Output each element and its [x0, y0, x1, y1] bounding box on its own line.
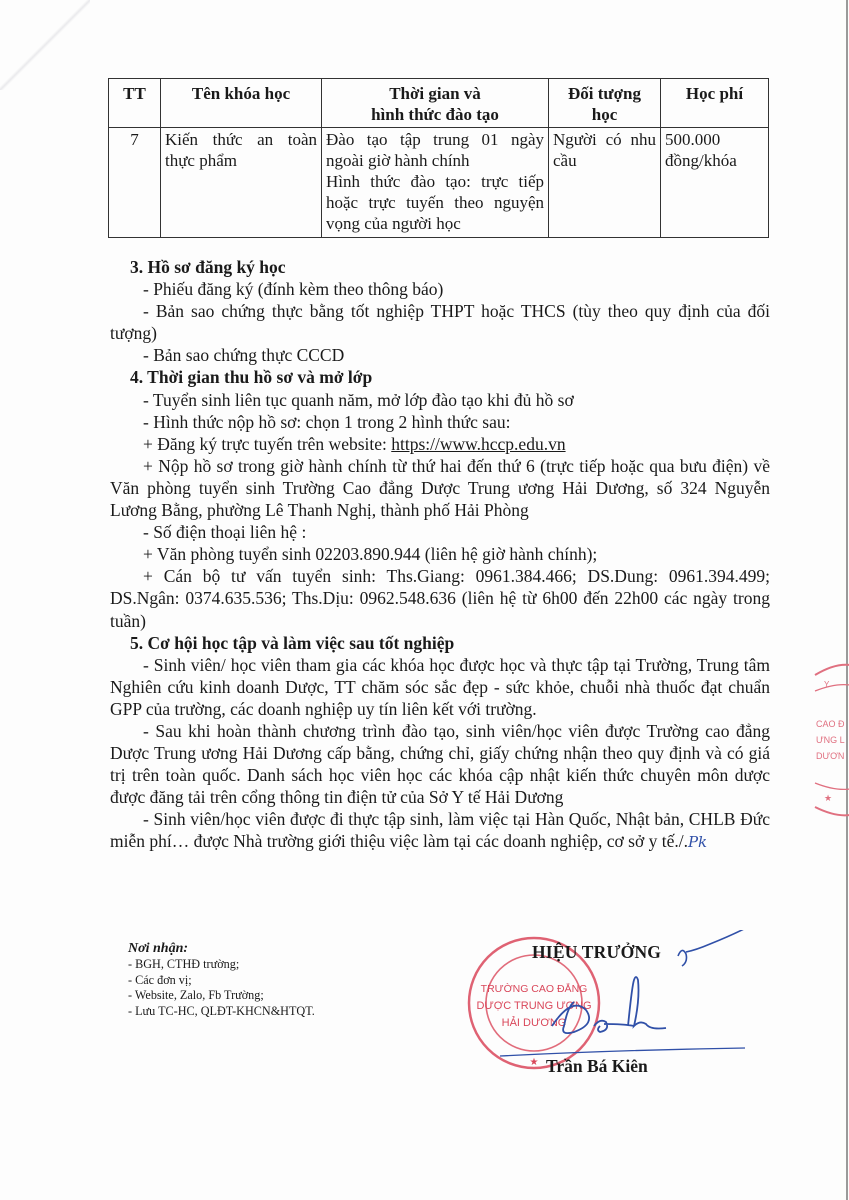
svg-text:ƯNG L: ƯNG L — [816, 735, 845, 745]
section-4-online: + Đăng ký trực tuyến trên website: https… — [110, 433, 770, 455]
recipient-item: - Các đơn vị; — [128, 973, 315, 989]
cell-schedule: Đào tạo tập trung 01 ngày ngoài giờ hành… — [322, 128, 549, 238]
section-4-offline: + Nộp hồ sơ trong giờ hành chính từ thứ … — [110, 455, 770, 521]
phone-label: - Số điện thoại liên hệ : — [110, 521, 770, 543]
table-row: 7 Kiến thức an toàn thực phẩm Đào tạo tậ… — [109, 128, 769, 238]
section-3-item: - Phiếu đăng ký (đính kèm theo thông báo… — [110, 278, 770, 300]
section-5-title: 5. Cơ hội học tập và làm việc sau tốt ng… — [110, 632, 770, 654]
svg-text:DƯƠN: DƯƠN — [816, 751, 844, 761]
course-table: TT Tên khóa học Thời gian và hình thức đ… — [108, 78, 769, 238]
schedule-line: Hình thức đào tạo: trực tiếp — [326, 171, 544, 192]
table-header-row: TT Tên khóa học Thời gian và hình thức đ… — [109, 79, 769, 128]
recipient-item: - Website, Zalo, Fb Trường; — [128, 988, 315, 1004]
section-3-item: - Bản sao chứng thực bằng tốt nghiệp THP… — [110, 300, 770, 344]
header-audience-line1: Đối tượng — [553, 83, 656, 104]
recipients-block: Nơi nhận: - BGH, CTHĐ trường; - Các đơn … — [128, 940, 315, 1019]
header-audience: Đối tượng học — [549, 79, 661, 128]
signer-name: Trần Bá Kiên — [546, 1056, 648, 1077]
cell-tt: 7 — [109, 128, 161, 238]
section-4-item: - Tuyển sinh liên tục quanh năm, mở lớp … — [110, 389, 770, 411]
advisors-phones: + Cán bộ tư vấn tuyển sinh: Ths.Giang: 0… — [110, 565, 770, 631]
svg-text:Y: Y — [824, 680, 830, 689]
schedule-line: Đào tạo tập trung 01 ngày — [326, 129, 544, 150]
section-5-item: - Sinh viên/học viên được đi thực tập si… — [110, 808, 770, 853]
section-5-item: - Sau khi hoàn thành chương trình đào tạ… — [110, 720, 770, 808]
page-edge — [846, 0, 848, 1200]
cell-fee: 500.000 đồng/khóa — [661, 128, 769, 238]
recipient-item: - Lưu TC-HC, QLĐT-KHCN&HTQT. — [128, 1004, 315, 1020]
recipients-title: Nơi nhận: — [128, 940, 315, 957]
online-label: + Đăng ký trực tuyến trên website: — [143, 434, 391, 454]
section-5-last-text: - Sinh viên/học viên được đi thực tập si… — [110, 809, 770, 851]
section-5-item: - Sinh viên/ học viên tham gia các khóa … — [110, 654, 770, 720]
header-fee: Học phí — [661, 79, 769, 128]
schedule-line: hoặc trực tuyến theo nguyện — [326, 192, 544, 213]
document-body: 3. Hồ sơ đăng ký học - Phiếu đăng ký (đí… — [110, 256, 770, 854]
header-schedule-line2: hình thức đào tạo — [326, 104, 544, 125]
recipient-item: - BGH, CTHĐ trường; — [128, 957, 315, 973]
section-3-title: 3. Hồ sơ đăng ký học — [110, 256, 770, 278]
svg-text:★: ★ — [824, 793, 832, 803]
section-4-title: 4. Thời gian thu hồ sơ và mở lớp — [110, 366, 770, 388]
header-course-name: Tên khóa học — [161, 79, 322, 128]
website-link[interactable]: https://www.hccp.edu.vn — [391, 434, 565, 454]
page-fold-shadow — [0, 0, 90, 90]
schedule-line: ngoài giờ hành chính — [326, 150, 544, 171]
header-schedule: Thời gian và hình thức đào tạo — [322, 79, 549, 128]
cell-audience: Người có nhu cầu — [549, 128, 661, 238]
handwritten-initials: Pk — [688, 833, 707, 851]
schedule-line: vọng của người học — [326, 213, 544, 234]
header-audience-line2: học — [553, 104, 656, 125]
section-3-item: - Bản sao chứng thực CCCD — [110, 344, 770, 366]
header-tt: TT — [109, 79, 161, 128]
cell-course-name: Kiến thức an toàn thực phẩm — [161, 128, 322, 238]
section-4-item: - Hình thức nộp hồ sơ: chọn 1 trong 2 hì… — [110, 411, 770, 433]
header-schedule-line1: Thời gian và — [326, 83, 544, 104]
office-phone: + Văn phòng tuyển sinh 02203.890.944 (li… — [110, 543, 770, 565]
partial-stamp-icon: Y CAO Đ ƯNG L DƯƠN ★ — [810, 655, 849, 825]
svg-text:CAO Đ: CAO Đ — [816, 719, 845, 729]
